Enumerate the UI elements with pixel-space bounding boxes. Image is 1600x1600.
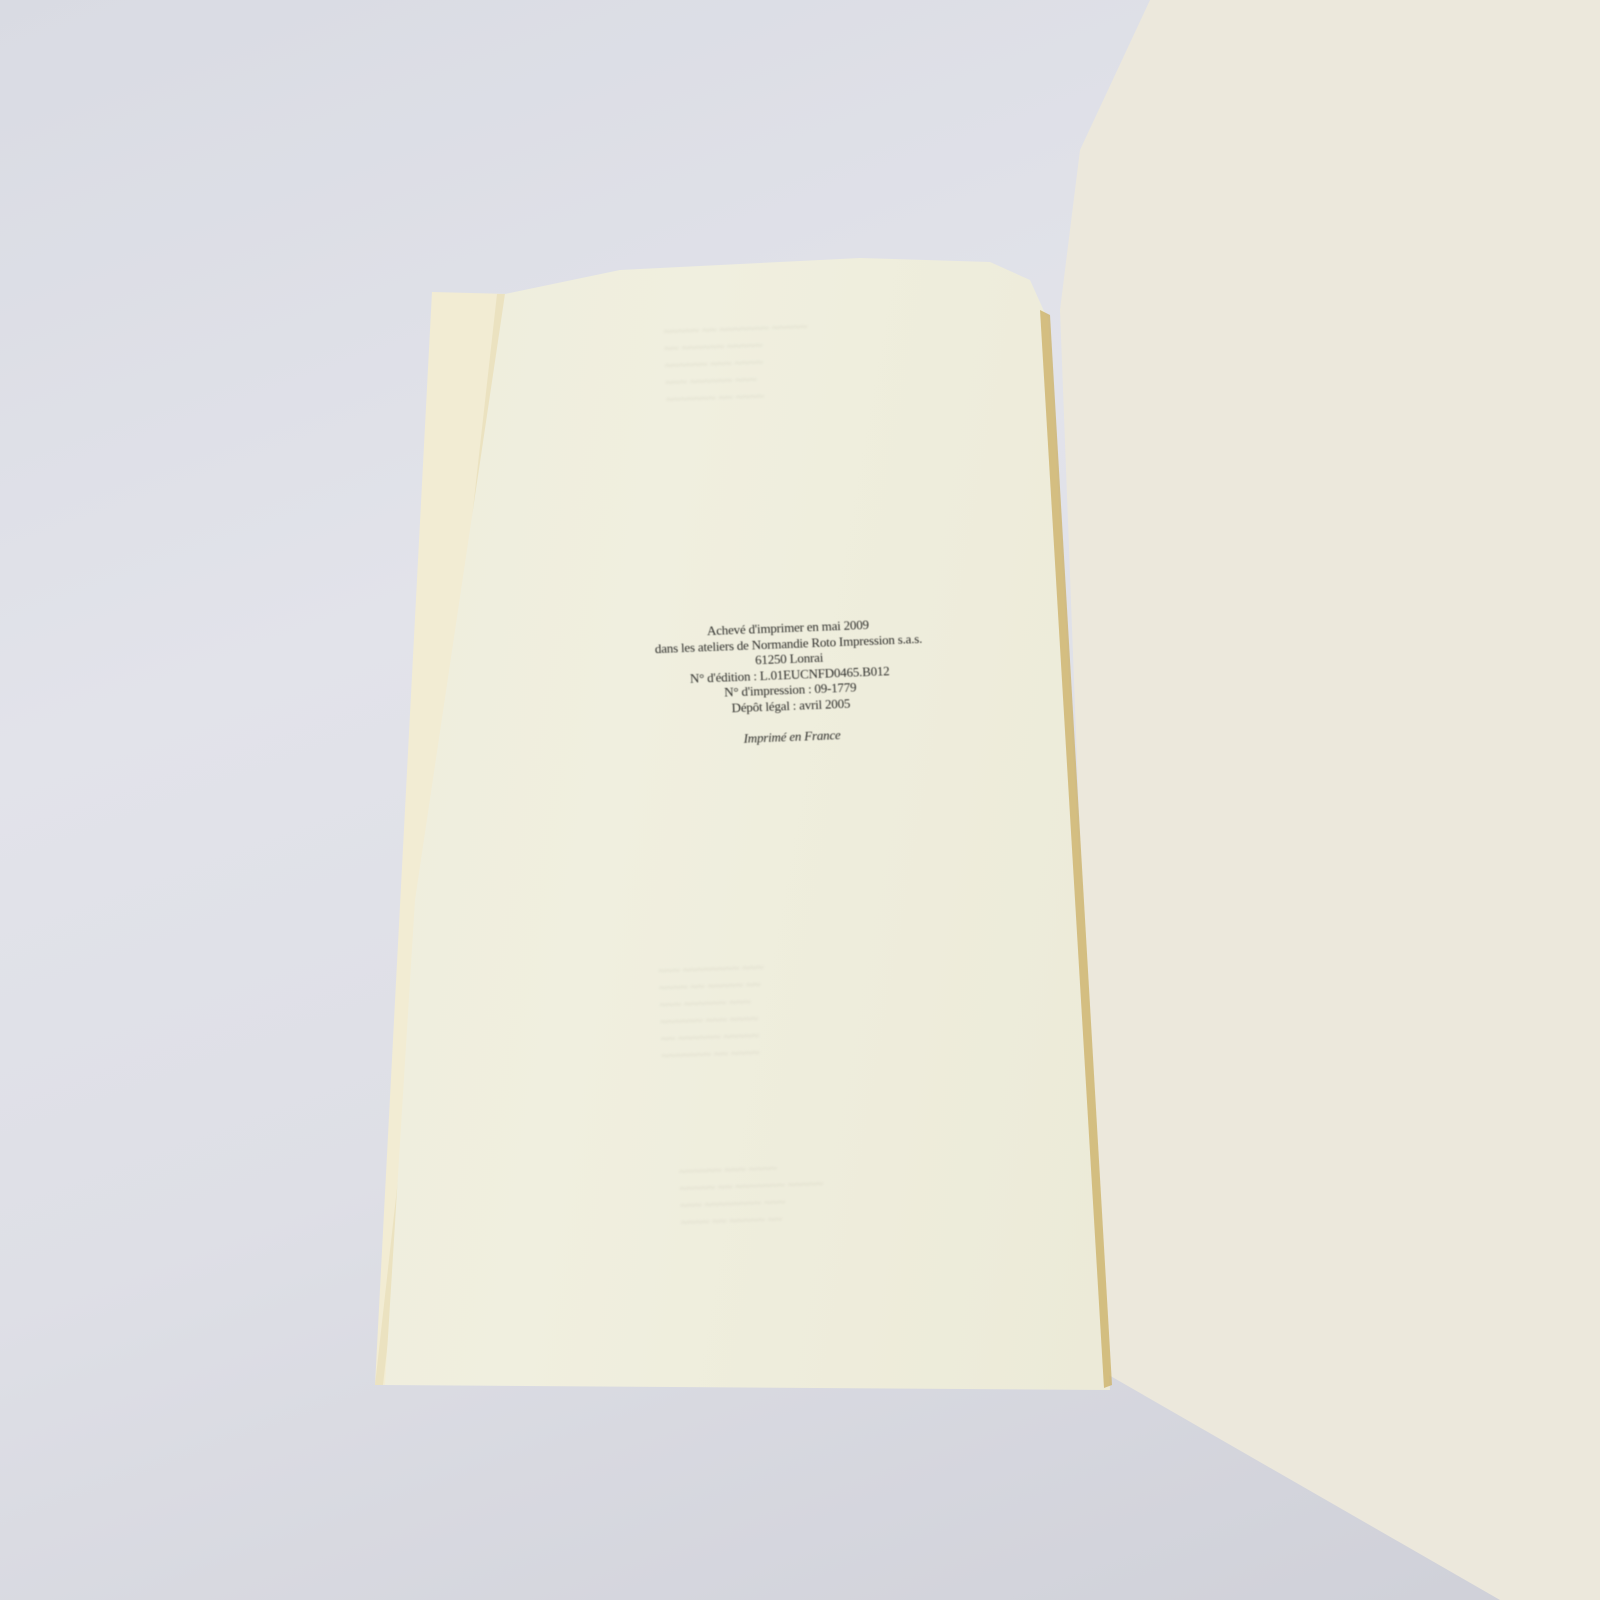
colophon: Achevé d'imprimer en mai 2009 dans les a… <box>588 612 992 752</box>
ghost-line: ~~~~~~~ ~~ ~~~~ <box>661 1043 766 1064</box>
bleed-through-text: ~~~ ~~~~~~~~ ~~~ ~~~~ ~~ ~~~~~ ~~ ~~~ ~~… <box>658 958 766 1064</box>
bleed-through-text: ~~~~~ ~~ ~~~~~~~ ~~~~~ ~~ ~~~~~~ ~~~~~ ~… <box>664 318 810 408</box>
bleed-through-text: ~~~~~~ ~~~ ~~~~ ~~~~~ ~~ ~~~~~~~ ~~~~~ ~… <box>679 1158 825 1231</box>
photo-scene: ~~~~~ ~~ ~~~~~~~ ~~~~~ ~~ ~~~~~~ ~~~~~ ~… <box>0 0 1600 1600</box>
